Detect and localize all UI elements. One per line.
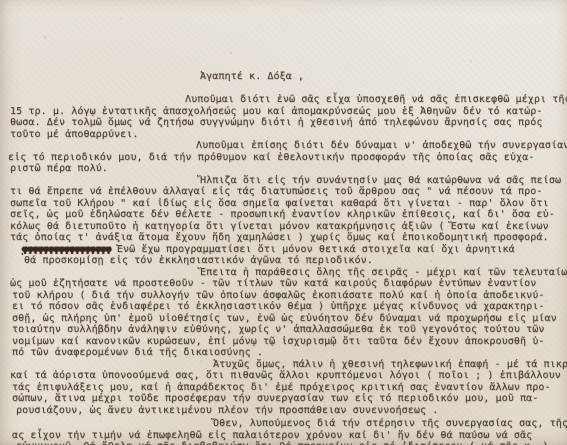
letter-line: Ὅθεν, λυπούμενος διά τήν στέρησιν τῆς συ… — [213, 418, 567, 429]
letter-line: νομίμων καί κανονικῶν κυρώσεων, ἐπί μόνῳ… — [12, 336, 544, 347]
letter-line: ρουσιάζουν, ὡς ἄνευ ἀντικειμένου πλέον τ… — [16, 405, 438, 416]
paper-speckles — [0, 0, 2, 2]
letter-line: Ἀτυχῶς ὅμως, πάλιν ἡ χθεσινή τηλεφωνική … — [213, 359, 567, 370]
letter-line: 15 τρ. μ. λόγῳ ἐντατικῆς ἀπασχολήσεώς μο… — [10, 106, 542, 117]
letter-line: ας εἶχον τήν τιμήν νά ἐπωφεληθῶ εἰς παλα… — [12, 430, 532, 441]
letter-line: ὡς μοῦ ἐζητήσατε νά προστεθοῦν - τῶν τίτ… — [10, 278, 536, 289]
letter-line: θωσα. Δέν τολμῶ ὅμως νά ζητήσω συγγνώμην… — [10, 117, 542, 128]
obliterated-word: φφφφφφφφφφφφφφφφφ — [22, 244, 111, 255]
letter-line: τι θά ἔπρεπε νά ἐπέλθουν ἀλλαγαί εἰς τάς… — [10, 186, 542, 197]
salutation-line: Ἀγαπητέ κ. Δόξα , — [200, 71, 304, 82]
letter-line: ριστῶ πέρα πολύ. — [10, 163, 108, 174]
letter-line: τοῦτο μέ ἀποθαρρύνει. — [10, 129, 139, 140]
letter-line: τοιαύτην συλλήβδην ἀνάληψιν εὐθύνης, χωρ… — [12, 324, 544, 335]
letter-line: Ἤλπιζα ὅτι εἰς τήν συνάντησίν μας θά κατ… — [200, 175, 567, 186]
letter-line: εἰς τό περιοδικόν μου, διά τήν πρόθυμον … — [8, 152, 534, 163]
document-scan: { "document": { "kind": "typewritten-let… — [0, 0, 567, 445]
letter-line: εὐγνωμονῶ, θά ἤθελα νά σᾶς διαβεβαιώσω ὅ… — [16, 441, 548, 445]
letter-line: τάς ὁποίας τ' ἀνάξια ἄτομα ἔχουν ἤδη χαμ… — [10, 232, 549, 243]
letter-line: ει τό πόσον σᾶς ἐνδιαφέρει τό ἐκκλησιαστ… — [12, 301, 544, 312]
letter-line: τάς ἐπιφυλάξεις μου, καί ἡ ἀπαράδεκτος δ… — [12, 382, 551, 393]
letter-line: φφφφφφφφφφφφφφφφφ Ἐνῶ ἔχω προγραμματίσει… — [22, 244, 515, 255]
letter-line: σώπων, ἅτινα μέχρι τοῦδε προσέφεραν τήν … — [12, 393, 538, 404]
letter-line: Λυποῦμαι ἐπίσης διότι δέν δύναμαι ν' ἀπο… — [196, 140, 567, 151]
letter-line: καί τά ἀόριστα ὑπονοούμενά σας, ὅτι πιθα… — [10, 370, 561, 381]
letter-line: πό τῶν ἀναφερομένων διά τῆς δικαιοσύνης … — [12, 347, 263, 358]
letter-line: κόλως θά διετυποῦτο ἡ κατηγορία ὅτι γίνε… — [10, 221, 549, 232]
letter-line: σθῇ, ὡς πλήρης ὑπ' ἐμοῦ υἱοθέτησίς των, … — [12, 313, 557, 324]
letter-line: σωπεῖα τοῦ Κλήρου " καί ἰδίως εἰς ὅσα ση… — [10, 198, 549, 209]
letter-page: Ἀγαπητέ κ. Δόξα ,Λυποῦμαι διότι ἐνῶ σᾶς … — [0, 0, 567, 445]
letter-line: σεῖς, ὡς μοῦ ἐδηλώσατε δέν θέλετε - προσ… — [10, 209, 555, 220]
letter-line: θά προσκομίσῃ εἰς τόν ἐκκλησιαστικόν ἀγῶ… — [24, 255, 373, 266]
letter-line: Λυποῦμαι διότι ἐνῶ σᾶς εἶχα ὑποσχεθῆ νά … — [185, 94, 567, 105]
letter-line: Ἔπειτα ἡ παράθεσις ὅλης τῆς σειρᾶς - μέχ… — [200, 267, 567, 278]
letter-line: τοῦ κλήρου ( διά τήν συλλογήν τῶν ὁποίων… — [12, 290, 544, 301]
